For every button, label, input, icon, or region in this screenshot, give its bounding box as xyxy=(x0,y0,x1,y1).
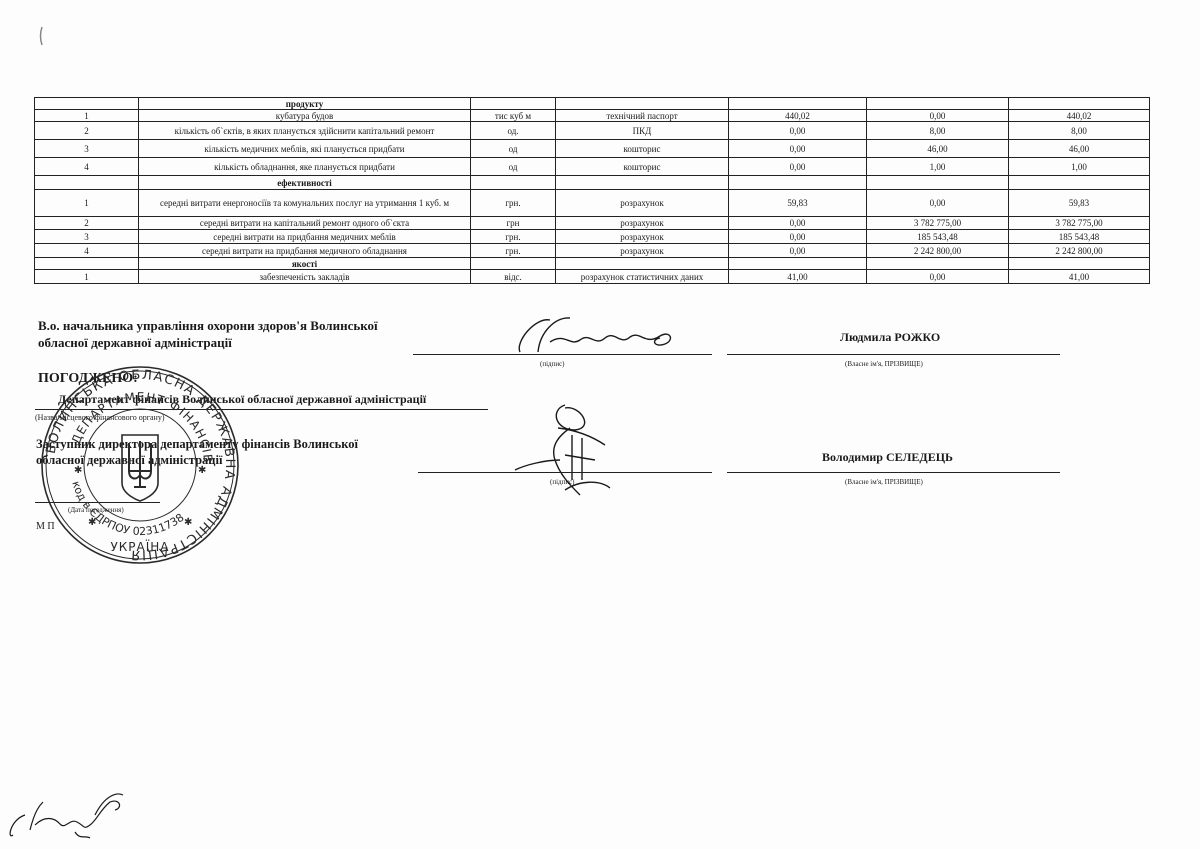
cell-v2: 2 242 800,00 xyxy=(867,244,1009,258)
cell-name: середні витрати на придбання медичного о… xyxy=(139,244,471,258)
cell-source: кошторис xyxy=(556,158,729,176)
cell-v3: 440,02 xyxy=(1009,110,1150,122)
empty-cell xyxy=(1009,258,1150,270)
table-row: 1забезпеченість закладіввідс.розрахунок … xyxy=(35,270,1150,284)
cell-v2: 185 543,48 xyxy=(867,230,1009,244)
section-header-row: продукту xyxy=(35,98,1150,110)
cell-source: ПКД xyxy=(556,122,729,140)
cell-num: 3 xyxy=(35,230,139,244)
cell-source: розрахунок xyxy=(556,244,729,258)
cell-unit: грн xyxy=(471,217,556,230)
cell-v2: 46,00 xyxy=(867,140,1009,158)
empty-cell xyxy=(729,98,867,110)
initials-signature xyxy=(5,790,135,845)
cell-v3: 8,00 xyxy=(1009,122,1150,140)
head-signature-line xyxy=(413,354,712,355)
stamp-country: УКРАЇНА xyxy=(110,539,169,554)
cell-name: кількість обладнання, яке планується при… xyxy=(139,158,471,176)
head-title-line2: обласної державної адміністрації xyxy=(38,334,378,351)
empty-cell xyxy=(867,98,1009,110)
cell-unit: грн. xyxy=(471,230,556,244)
cell-v1: 440,02 xyxy=(729,110,867,122)
official-stamp: ВОЛИНСЬКА ОБЛАСНА ДЕРЖАВНА АДМІНІСТРАЦІЯ… xyxy=(40,365,240,565)
head-title-line1: В.о. начальника управління охорони здоро… xyxy=(38,317,378,334)
cell-name: середні витрати на капітальний ремонт од… xyxy=(139,217,471,230)
cell-unit: од xyxy=(471,140,556,158)
section-header-row: ефективності xyxy=(35,176,1150,190)
deputy-name-caption: (Власне ім'я, ПРІЗВИЩЕ) xyxy=(845,478,923,486)
section-header-row: якості xyxy=(35,258,1150,270)
empty-cell xyxy=(729,258,867,270)
cell-unit: грн. xyxy=(471,244,556,258)
cell-num: 4 xyxy=(35,244,139,258)
cell-num: 1 xyxy=(35,110,139,122)
table-row: 4середні витрати на придбання медичного … xyxy=(35,244,1150,258)
head-name-line xyxy=(727,354,1060,355)
empty-cell xyxy=(867,176,1009,190)
head-name: Людмила РОЖКО xyxy=(840,330,940,345)
table-row: 4кількість обладнання, яке планується пр… xyxy=(35,158,1150,176)
cell-v3: 59,83 xyxy=(1009,190,1150,217)
cell-v1: 0,00 xyxy=(729,140,867,158)
trident-icon xyxy=(122,435,158,501)
cell-name: кількість об`єктів, в яких планується зд… xyxy=(139,122,471,140)
cell-v2: 8,00 xyxy=(867,122,1009,140)
table-row: 3середні витрати на придбання медичних м… xyxy=(35,230,1150,244)
cell-num: 2 xyxy=(35,122,139,140)
stamp-code-text: код в ЄДРПОУ 02311738 xyxy=(69,479,186,538)
cell-v2: 0,00 xyxy=(867,270,1009,284)
cell-unit: грн. xyxy=(471,190,556,217)
cell-v1: 0,00 xyxy=(729,158,867,176)
section-title: якості xyxy=(139,258,471,270)
deputy-name: Володимир СЕЛЕДЕЦЬ xyxy=(822,450,953,465)
section-title: ефективності xyxy=(139,176,471,190)
cell-num: 1 xyxy=(35,190,139,217)
cell-name: кількість медичних меблів, які плануєтьс… xyxy=(139,140,471,158)
cell-num: 4 xyxy=(35,158,139,176)
cell-v3: 1,00 xyxy=(1009,158,1150,176)
cell-v1: 0,00 xyxy=(729,122,867,140)
cell-unit: тис куб м xyxy=(471,110,556,122)
cell-v3: 46,00 xyxy=(1009,140,1150,158)
head-signature xyxy=(510,312,690,357)
cell-unit: од xyxy=(471,158,556,176)
table-row: 2середні витрати на капітальний ремонт о… xyxy=(35,217,1150,230)
svg-text:код в ЄДРПОУ 02311738: код в ЄДРПОУ 02311738 xyxy=(69,479,186,538)
empty-cell xyxy=(471,176,556,190)
empty-cell xyxy=(35,258,139,270)
table-row: 1кубатура будовтис куб мтехнічний паспор… xyxy=(35,110,1150,122)
empty-cell xyxy=(556,176,729,190)
cell-v1: 0,00 xyxy=(729,230,867,244)
cell-name: кубатура будов xyxy=(139,110,471,122)
cell-v3: 41,00 xyxy=(1009,270,1150,284)
empty-cell xyxy=(35,98,139,110)
svg-text:✱: ✱ xyxy=(74,465,82,476)
cell-num: 2 xyxy=(35,217,139,230)
svg-text:✱: ✱ xyxy=(198,465,206,476)
cell-v3: 2 242 800,00 xyxy=(1009,244,1150,258)
svg-text:✱: ✱ xyxy=(88,517,96,528)
empty-cell xyxy=(1009,98,1150,110)
deputy-signature xyxy=(510,400,650,500)
cell-source: розрахунок xyxy=(556,217,729,230)
deputy-signature-line xyxy=(418,472,712,473)
deputy-signature-caption: (підпис) xyxy=(550,478,575,486)
cell-v1: 0,00 xyxy=(729,217,867,230)
cell-name: забезпеченість закладів xyxy=(139,270,471,284)
empty-cell xyxy=(471,258,556,270)
section-title: продукту xyxy=(139,98,471,110)
empty-cell xyxy=(35,176,139,190)
empty-cell xyxy=(471,98,556,110)
cell-v1: 59,83 xyxy=(729,190,867,217)
empty-cell xyxy=(729,176,867,190)
head-name-caption: (Власне ім'я, ПРІЗВИЩЕ) xyxy=(845,360,923,368)
head-title: В.о. начальника управління охорони здоро… xyxy=(38,317,378,351)
cell-v2: 3 782 775,00 xyxy=(867,217,1009,230)
cell-name: середні витрати на придбання медичних ме… xyxy=(139,230,471,244)
cell-v2: 1,00 xyxy=(867,158,1009,176)
cell-name: середні витрати енергоносіїв та комуналь… xyxy=(139,190,471,217)
table-row: 3кількість медичних меблів, які плануєть… xyxy=(35,140,1150,158)
cell-num: 3 xyxy=(35,140,139,158)
empty-cell xyxy=(556,98,729,110)
cell-source: розрахунок xyxy=(556,190,729,217)
svg-text:✱: ✱ xyxy=(184,517,192,528)
margin-mark xyxy=(38,25,46,47)
cell-v1: 41,00 xyxy=(729,270,867,284)
cell-v2: 0,00 xyxy=(867,190,1009,217)
cell-source: розрахунок xyxy=(556,230,729,244)
cell-source: розрахунок статистичних даних xyxy=(556,270,729,284)
cell-unit: од. xyxy=(471,122,556,140)
cell-source: кошторис xyxy=(556,140,729,158)
cell-v3: 185 543,48 xyxy=(1009,230,1150,244)
cell-source: технічний паспорт xyxy=(556,110,729,122)
empty-cell xyxy=(556,258,729,270)
cell-v1: 0,00 xyxy=(729,244,867,258)
deputy-name-line xyxy=(727,472,1060,473)
cell-v2: 0,00 xyxy=(867,110,1009,122)
head-signature-caption: (підпис) xyxy=(540,360,565,368)
indicators-table: продукту1кубатура будовтис куб мтехнічни… xyxy=(34,97,1150,284)
cell-v3: 3 782 775,00 xyxy=(1009,217,1150,230)
cell-num: 1 xyxy=(35,270,139,284)
empty-cell xyxy=(867,258,1009,270)
empty-cell xyxy=(1009,176,1150,190)
table-row: 1середні витрати енергоносіїв та комунал… xyxy=(35,190,1150,217)
cell-unit: відс. xyxy=(471,270,556,284)
table-row: 2кількість об`єктів, в яких планується з… xyxy=(35,122,1150,140)
